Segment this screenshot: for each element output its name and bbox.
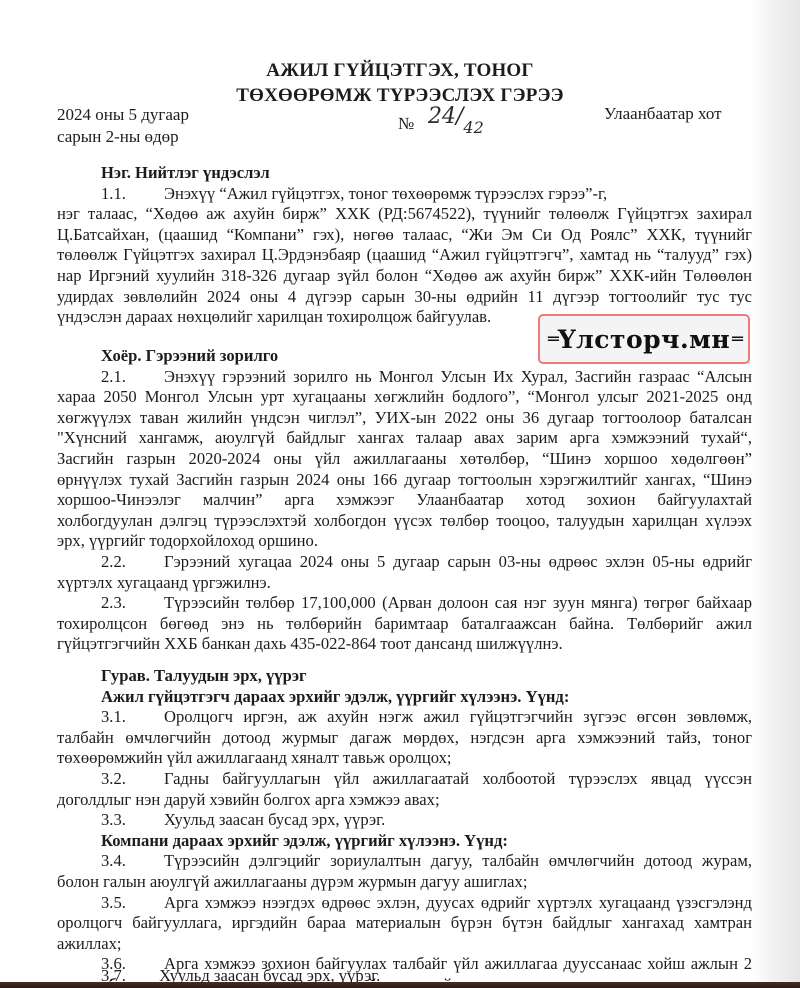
clause-number: 1.1. [57,184,164,205]
clause-text: төлөөлж Гүйцэтгэх захирал Ц.Эрдэнэбаяр (… [57,245,752,266]
clause-number: 3.5. [57,893,164,914]
clause-number: 3.4. [57,851,164,872]
clause-text: болон галын аюулгүй ажиллагааны дүрэм жу… [57,872,752,893]
clause-text: Засгийн газрын 2020-2024 оны үйл ажиллаг… [57,449,752,470]
clause-text: Оролцогч иргэн, аж ахуйн нэгж ажил гүйцэ… [164,707,752,726]
clause-text: доголдлыг нэн даруй хэвийн болгох арга х… [57,790,752,811]
handwritten-number-bottom: 42 [463,118,483,137]
clause-text: холбогдуулан дэлгэц түрээслэхтэй холбогд… [57,511,752,532]
section-2: Хоёр. Гэрээний зорилго 2.1.Энэхүү гэрээн… [57,346,752,655]
date-line1: 2024 оны 5 дугаар [57,104,189,126]
section-3: Гурав. Талуудын эрх, үүрэг Ажил гүйцэтгэ… [57,666,752,988]
clause-text: удирдах зөвлөлийн 2024 оны 4 дүгээр сары… [57,287,752,308]
clause-2-1: 2.1.Энэхүү гэрээний зорилго нь Монгол Ул… [57,367,752,388]
clause-2-2: 2.2.Гэрээний хугацаа 2024 оны 5 дугаар с… [57,552,752,573]
clause-number: 3.3. [57,810,164,831]
bottom-edge-bar [0,982,800,988]
clause-3-2: 3.2.Гадны байгууллагын үйл ажиллагаатай … [57,769,752,790]
clause-text: хоршоо-Чинээлэг малчин” арга хэмжээг Ула… [57,490,752,511]
clause-text: оролцогч байгууллага, иргэдийн бараа мат… [57,913,752,934]
clause-number: 3.2. [57,769,164,790]
clause-number: 2.1. [57,367,164,388]
clause-text: Гадны байгууллагын үйл ажиллагаатай холб… [164,769,752,788]
clause-3-5: 3.5.Арга хэмжээ нээгдэх өдрөөс эхлэн, ду… [57,893,752,914]
document-page: АЖИЛ ГҮЙЦЭТГЭХ, ТОНОГ ТӨХӨӨРӨМЖ ТҮРЭЭСЛЭ… [0,0,800,988]
section-heading: Нэг. Нийтлэг үндэслэл [57,163,752,184]
clause-text: тохиролцсон бөгөөд энэ нь төлбөрийн бари… [57,614,752,635]
contract-city: Улаанбаатар хот [604,104,722,124]
section-heading: Хоёр. Гэрээний зорилго [57,346,752,367]
document-title-line1: АЖИЛ ГҮЙЦЭТГЭХ, ТОНОГ [0,60,800,82]
contract-date: 2024 оны 5 дугаар сарын 2-ны өдөр [57,104,189,148]
clause-3-7-partial: 3.7. Хуульд заасан бусад эрх, үүрэг. [57,966,380,982]
clause-text: нар Иргэний хуулийн 318-326 дугаар зүйл … [57,266,752,287]
clause-text: хараа 2050 Монгол Улсын урт хугацааны хө… [57,387,752,408]
handwritten-number: 24/42 [428,104,484,129]
clause-text: төхөөрөмжийн үйл ажиллагаанд хяналт тавь… [57,748,752,769]
clause-1-1: 1.1.Энэхүү “Ажил гүйцэтгэх, тоног төхөөр… [57,184,752,205]
clause-text: Энэхүү гэрээний зорилго нь Монгол Улсын … [164,367,752,386]
clause-text: хүртэлх хугацаанд үргэжилнэ. [57,573,752,594]
clause-text: талбайн өмчлөгчийн дотоод журмыг дагаж м… [57,728,752,749]
clause-number: 2.3. [57,593,164,614]
handwritten-number-top: 24/ [428,104,463,129]
clause-text: Энэхүү “Ажил гүйцэтгэх, тоног төхөөрөмж … [164,184,607,203]
section-1: Нэг. Нийтлэг үндэслэл 1.1.Энэхүү “Ажил г… [57,163,752,328]
clause-text: хөгжүүлэх таван жилийн үндсэн чиглэл”, У… [57,408,752,429]
contract-number: № 24/42 [398,114,414,134]
clause-text: өрнүүлэх тухай Засгийн газрын 2024 оны 1… [57,470,752,491]
clause-3-3: 3.3.Хуульд заасан бусад эрх, үүрэг. [57,810,752,831]
clause-text: Гэрээний хугацаа 2024 оны 5 дугаар сарын… [164,552,752,571]
clause-text: нэг талаас, “Хөдөө аж ахуйн бирж” ХХК (Р… [57,204,752,225]
clause-text: Арга хэмжээ нээгдэх өдрөөс эхлэн, дуусах… [164,893,752,912]
section-heading: Гурав. Талуудын эрх, үүрэг [57,666,752,687]
clause-text: Хуульд заасан бусад эрх, үүрэг. [164,810,385,829]
clause-3-1: 3.1.Оролцогч иргэн, аж ахуйн нэгж ажил г… [57,707,752,728]
clause-text: "Хүнсний хангамж, аюулгүй байдлыг хангах… [57,428,752,449]
date-line2: сарын 2-ны өдөр [57,126,189,148]
clause-text: эрх, үүргийг тодорхойлоход оршино. [57,531,752,552]
clause-2-3: 2.3.Түрээсийн төлбөр 17,100,000 (Арван д… [57,593,752,614]
clause-3-4: 3.4.Түрээсийн дэлгэцийг зориулалтын дагу… [57,851,752,872]
subsection-heading: Компани дараах эрхийг эдэлж, үүргийг хүл… [57,831,752,852]
clause-text: Ц.Батсайхан, (цаашид “Компани” гэх), нөг… [57,225,752,246]
clause-number: 2.2. [57,552,164,573]
clause-number: 3.1. [57,707,164,728]
number-sign: № [398,114,414,133]
clause-text: 3.7. Хуульд заасан бусад эрх, үүрэг. [57,966,380,982]
clause-text: ажиллах; [57,934,752,955]
clause-text: Түрээсийн дэлгэцийг зориулалтын дагуу, т… [164,851,752,870]
subsection-heading: Ажил гүйцэтгэгч дараах эрхийг эдэлж, үүр… [57,687,752,708]
clause-text: гүйцэтгэгчийн ХХБ банкан дахь 435-022-86… [57,634,752,655]
clause-text: Түрээсийн төлбөр 17,100,000 (Арван долоо… [164,593,752,612]
